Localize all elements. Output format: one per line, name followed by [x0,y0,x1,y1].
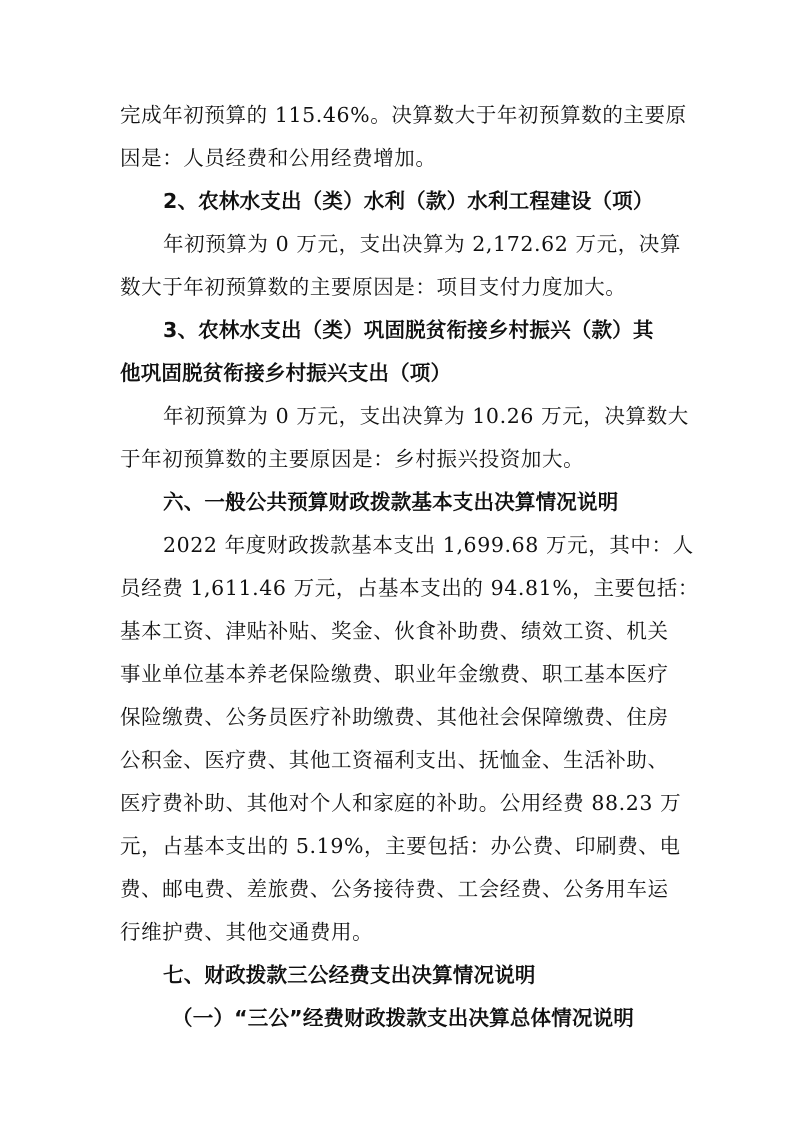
paragraph-line: 费、邮电费、差旅费、公务接待费、工会经费、公务用车运 [120,872,675,915]
paragraph-line: 公积金、医疗费、其他工资福利支出、抚恤金、生活补助、 [120,743,675,786]
paragraph-line: 元，占基本支出的 5.19%，主要包括：办公费、印刷费、电 [120,829,675,872]
paragraph-line: 2022 年度财政拨款基本支出 1,699.68 万元，其中：人 [120,528,675,571]
paragraph-line: 年初预算为 0 万元，支出决算为 10.26 万元，决算数大 [120,399,675,442]
paragraph-line: 基本工资、津贴补贴、奖金、伙食补助费、绩效工资、机关 [120,614,675,657]
paragraph-line: 年初预算为 0 万元，支出决算为 2,172.62 万元，决算 [120,227,675,270]
paragraph-line: 事业单位基本养老保险缴费、职业年金缴费、职工基本医疗 [120,657,675,700]
subsection-heading-three-public-overall: （一）“三公”经费财政拨款支出决算总体情况说明 [120,1001,675,1044]
document-page: 完成年初预算的 115.46%。决算数大于年初预算数的主要原 因是：人员经费和公… [120,98,675,1044]
section-heading-rural-revitalization: 3、农林水支出（类）巩固脱贫衔接乡村振兴（款）其 [120,313,675,356]
paragraph-line: 于年初预算数的主要原因是：乡村振兴投资加大。 [120,442,675,485]
paragraph-line: 员经费 1,611.46 万元，占基本支出的 94.81%，主要包括： [120,571,675,614]
section-heading-three-public-expenses: 七、财政拨款三公经费支出决算情况说明 [120,958,675,1001]
paragraph-line: 因是：人员经费和公用经费增加。 [120,141,675,184]
section-heading-water-conservancy: 2、农林水支出（类）水利（款）水利工程建设（项） [120,184,675,227]
paragraph-line: 完成年初预算的 115.46%。决算数大于年初预算数的主要原 [120,98,675,141]
section-heading-basic-expenditure: 六、一般公共预算财政拨款基本支出决算情况说明 [120,485,675,528]
paragraph-line: 行维护费、其他交通费用。 [120,915,675,958]
paragraph-line: 保险缴费、公务员医疗补助缴费、其他社会保障缴费、住房 [120,700,675,743]
section-heading-rural-revitalization-cont: 他巩固脱贫衔接乡村振兴支出（项） [120,356,675,399]
paragraph-line: 数大于年初预算数的主要原因是：项目支付力度加大。 [120,270,675,313]
paragraph-line: 医疗费补助、其他对个人和家庭的补助。公用经费 88.23 万 [120,786,675,829]
